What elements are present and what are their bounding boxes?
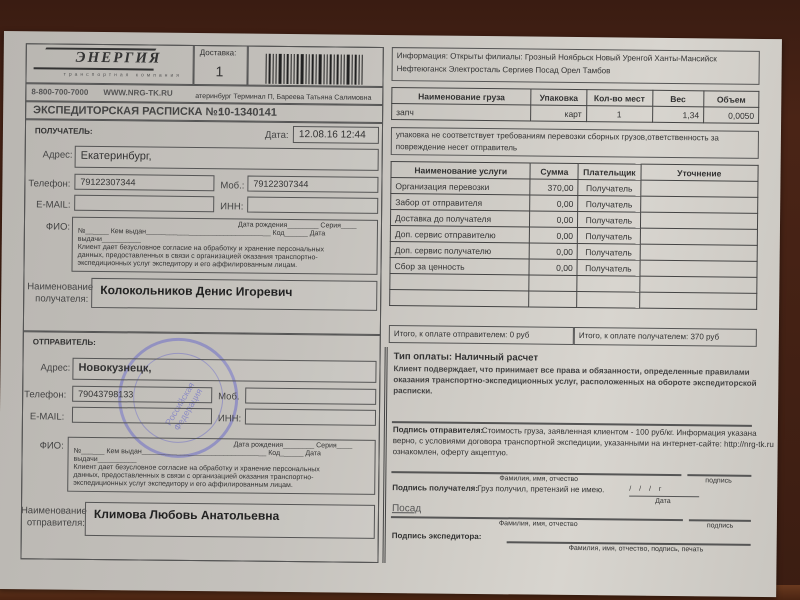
service-cell bbox=[639, 276, 757, 293]
company-phone: 8-800-700-7000 bbox=[31, 87, 88, 97]
sender-name-label-1: Наименование bbox=[21, 505, 87, 517]
service-header-1: Сумма bbox=[530, 163, 578, 179]
recipient-fio-label: ФИО: bbox=[46, 221, 70, 232]
recipient-phone-label: Телефон: bbox=[28, 178, 70, 189]
recipient-address-field[interactable]: Екатеринбург, bbox=[75, 146, 379, 171]
packaging-note-line2: повреждение несет отправитель bbox=[396, 142, 517, 152]
expeditor-receipt-document: ЭНЕРГИЯ транспортная компания Доставка: … bbox=[0, 31, 782, 597]
sender-name-label-2: отправителя: bbox=[27, 517, 85, 529]
sender-name-field[interactable]: Климова Любовь Анатольевна bbox=[85, 502, 375, 539]
recipient-date-label: Дата: bbox=[265, 130, 289, 141]
cargo-cell: 1 bbox=[586, 106, 652, 123]
recipient-address-label: Адрес: bbox=[43, 149, 73, 160]
delivery-value: 1 bbox=[216, 63, 224, 79]
service-cell: Доп. сервис отправителю bbox=[390, 226, 530, 243]
barcode-bar bbox=[361, 55, 362, 85]
document-title: ЭКСПЕДИТОРСКАЯ РАСПИСКА №: bbox=[33, 104, 221, 118]
service-cell: Получатель bbox=[577, 260, 640, 277]
service-cell bbox=[640, 196, 758, 213]
payment-terms-line3: расписки. bbox=[393, 386, 432, 395]
barcode-bar bbox=[283, 54, 284, 84]
sender-address-field[interactable]: Новокузнецк, bbox=[72, 358, 376, 383]
service-cell: 0,00 bbox=[530, 243, 578, 259]
recipient-name-label-1: Наименование bbox=[27, 281, 93, 293]
company-website[interactable]: WWW.NRG-TK.RU bbox=[103, 88, 172, 98]
recipient-inn-field[interactable] bbox=[247, 197, 378, 214]
sender-issued-line: выдачи__________ bbox=[73, 456, 136, 464]
barcode-bar bbox=[323, 54, 324, 84]
barcode-bar bbox=[340, 55, 341, 85]
barcode-bar bbox=[293, 54, 294, 84]
barcode-bar bbox=[290, 54, 291, 84]
cargo-table: Наименование грузаУпаковкаКол-во местВес… bbox=[391, 87, 759, 124]
service-cell: Получатель bbox=[577, 228, 640, 245]
barcode-bar bbox=[326, 54, 327, 84]
barcode-bar bbox=[300, 54, 303, 84]
cargo-cell: 0,0050 bbox=[703, 107, 758, 124]
barcode-bar bbox=[315, 54, 316, 84]
service-cell bbox=[639, 260, 757, 277]
recipient-sign-caption: подпись bbox=[707, 522, 734, 529]
sender-phone-label: Телефон: bbox=[24, 389, 66, 400]
barcode-bar bbox=[311, 54, 313, 84]
service-cell: Получатель bbox=[578, 180, 641, 197]
sender-birth-line: Дата рождения________ Серия____ bbox=[234, 441, 353, 449]
service-cell bbox=[529, 275, 577, 291]
service-header-0: Наименование услуги bbox=[391, 162, 531, 179]
recipient-inn-label: ИНН: bbox=[220, 201, 243, 212]
payment-type: Тип оплаты: Наличный расчет bbox=[394, 351, 539, 364]
sender-address-label: Адрес: bbox=[40, 362, 70, 373]
service-cell: Сбор за ценность bbox=[390, 258, 530, 275]
sender-section-label: ОТПРАВИТЕЛЬ: bbox=[33, 337, 96, 347]
barcode-bar bbox=[358, 55, 359, 85]
barcode-bar bbox=[354, 55, 356, 85]
service-cell bbox=[577, 276, 640, 293]
recipient-sign-line[interactable] bbox=[689, 519, 751, 522]
sender-mobile-label: Моб. bbox=[218, 391, 240, 402]
service-cell: 370,00 bbox=[530, 179, 578, 195]
service-cell bbox=[640, 180, 758, 197]
recipient-mobile-field[interactable]: 79122307344 bbox=[247, 176, 378, 193]
recipient-birth-line: Дата рождения________ Серия____ bbox=[238, 221, 357, 229]
service-cell bbox=[640, 212, 758, 229]
barcode-bar bbox=[343, 55, 344, 85]
service-cell: 0,00 bbox=[530, 195, 578, 211]
service-cell bbox=[639, 292, 757, 309]
sender-signature-line3: ознакомлен, оферту акцептую. bbox=[393, 447, 508, 457]
services-table: Наименование услугиСуммаПлательщикУточне… bbox=[389, 161, 758, 310]
recipient-signature-label: Подпись получателя: bbox=[392, 483, 478, 493]
service-cell bbox=[390, 290, 530, 307]
service-row bbox=[390, 290, 757, 310]
service-cell: Получатель bbox=[578, 212, 641, 229]
recipient-phone-field[interactable]: 79122307344 bbox=[74, 174, 214, 191]
sender-sign-line[interactable] bbox=[687, 474, 751, 477]
cargo-header-2: Кол-во мест bbox=[586, 90, 652, 107]
sender-email-field[interactable] bbox=[72, 407, 212, 424]
service-cell bbox=[390, 274, 530, 291]
barcode-bar bbox=[296, 54, 298, 84]
barcode-bar bbox=[351, 55, 352, 85]
sender-inn-field[interactable] bbox=[245, 409, 376, 426]
barcode-bar bbox=[318, 54, 321, 84]
delivery-label: Доставка: bbox=[200, 48, 237, 57]
receipt-number: 10-1340141 bbox=[218, 106, 277, 119]
sender-signature-line1: Стоимость груза, заявленная клиентом - 1… bbox=[482, 426, 757, 438]
service-cell: Доставка до получателя bbox=[390, 210, 530, 227]
recipient-name-field[interactable]: Колокольников Денис Игоревич bbox=[91, 278, 377, 311]
recipient-issued-line: выдачи__________ bbox=[78, 236, 141, 244]
barcode-bar bbox=[308, 54, 309, 84]
column-divider bbox=[382, 347, 387, 563]
service-cell: Получатель bbox=[578, 196, 641, 213]
company-logo: ЭНЕРГИЯ транспортная компания bbox=[33, 45, 183, 81]
cargo-row: запчкарт11,340,0050 bbox=[392, 104, 759, 124]
barcode-bar bbox=[268, 54, 270, 84]
service-cell: Забор от отправителя bbox=[391, 194, 531, 211]
service-cell bbox=[577, 292, 640, 309]
service-header-2: Плательщик bbox=[578, 164, 641, 181]
sender-fio-label: ФИО: bbox=[40, 440, 64, 451]
cargo-header-3: Вес bbox=[652, 90, 704, 107]
barcode-bar bbox=[286, 54, 288, 84]
cargo-header-1: Упаковка bbox=[531, 89, 586, 106]
recipient-date-field[interactable]: 12.08.16 12:44 bbox=[293, 126, 379, 144]
cargo-cell: запч bbox=[392, 104, 532, 121]
service-cell bbox=[640, 244, 758, 261]
service-header-3: Уточнение bbox=[641, 164, 759, 181]
barcode-bar bbox=[333, 54, 334, 84]
cargo-cell: 1,34 bbox=[652, 106, 704, 123]
sender-fio-caption: Фамилия, имя, отчество bbox=[499, 475, 578, 483]
service-cell: Организация перевозки bbox=[391, 178, 531, 195]
sender-inn-label: ИНН: bbox=[218, 413, 241, 424]
recipient-handwritten-name: Посад bbox=[392, 503, 421, 514]
cargo-cell: карт bbox=[531, 105, 586, 122]
forwarder-caption: Фамилия, имя, отчество, подпись, печать bbox=[569, 545, 704, 553]
sender-phone-field[interactable]: 79043798133 bbox=[72, 386, 212, 403]
service-cell bbox=[529, 291, 577, 307]
total-sender: Итого, к оплате отправителем: 0 руб bbox=[394, 329, 530, 339]
service-cell: 0,00 bbox=[530, 227, 578, 243]
sender-signature-label: Подпись отправителя: bbox=[393, 425, 483, 435]
recipient-signature-text: Груз получил, претензий не имею. bbox=[477, 484, 604, 494]
recipient-mobile-label: Моб.: bbox=[220, 180, 244, 191]
recipient-section-label: ПОЛУЧАТЕЛЬ: bbox=[35, 126, 93, 136]
service-cell: 0,00 bbox=[529, 259, 577, 275]
barcode bbox=[265, 54, 364, 85]
sender-mobile-field[interactable] bbox=[245, 388, 376, 405]
cargo-header-4: Объем bbox=[704, 91, 759, 108]
barcode-bar bbox=[346, 55, 349, 85]
barcode-bar bbox=[275, 54, 276, 84]
barcode-bar bbox=[336, 54, 338, 84]
total-recipient: Итого, к оплате получателем: 370 руб bbox=[579, 331, 719, 341]
cargo-header-0: Наименование груза bbox=[392, 88, 532, 105]
recipient-name-label-2: получателя: bbox=[35, 293, 88, 305]
service-cell: Получатель bbox=[577, 244, 640, 261]
logo-name: ЭНЕРГИЯ bbox=[76, 50, 162, 68]
logo-arrow-icon bbox=[34, 67, 154, 70]
service-cell: 0,00 bbox=[530, 211, 578, 227]
recipient-date-placeholder[interactable]: / / / г bbox=[629, 486, 664, 493]
sender-sign-caption: подпись bbox=[705, 477, 732, 484]
sender-email-label: E-MAIL: bbox=[30, 411, 64, 422]
recipient-date-caption: Дата bbox=[655, 498, 671, 505]
recipient-fio-caption: Фамилия, имя, отчество bbox=[499, 520, 578, 528]
barcode-bar bbox=[329, 54, 331, 84]
barcode-bar bbox=[265, 54, 266, 84]
recipient-email-field[interactable] bbox=[74, 195, 214, 212]
service-cell: Доп. сервис получателю bbox=[390, 242, 530, 259]
barcode-bar bbox=[305, 54, 306, 84]
recipient-email-label: E-MAIL: bbox=[36, 199, 70, 210]
logo-subtitle: транспортная компания bbox=[64, 72, 182, 79]
barcode-bar bbox=[278, 54, 281, 84]
barcode-bar bbox=[272, 54, 273, 84]
payment-terms-line2: оказания транспортно-экспедиционных услу… bbox=[393, 375, 756, 388]
service-cell bbox=[640, 228, 758, 245]
forwarder-signature-label: Подпись экспедитора: bbox=[392, 531, 482, 541]
